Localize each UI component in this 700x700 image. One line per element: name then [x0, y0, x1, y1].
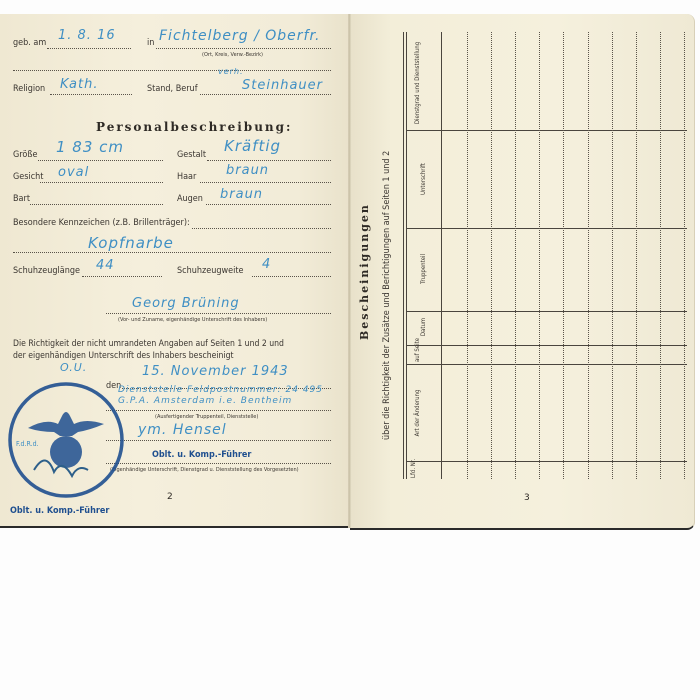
special-marks-label: Besondere Kennzeichen (z.B. Brillenträge…	[13, 218, 190, 228]
table-row-line	[660, 32, 661, 479]
shoe-width-label: Schuhzeugweite	[177, 266, 244, 276]
table-divider-2	[407, 228, 687, 229]
face-value: oval	[58, 165, 89, 180]
build-label: Gestalt	[177, 150, 206, 160]
column-header-unterschrift: Unterschrift	[420, 132, 428, 226]
status-value: verh.	[218, 67, 244, 76]
stamp-side-text: F.d.R.d.	[16, 440, 39, 448]
religion-label: Religion	[13, 84, 45, 94]
officer-signature-line	[106, 440, 331, 441]
table-header-separator	[441, 32, 442, 479]
table-divider-1	[407, 130, 687, 131]
page-number-right: 3	[524, 493, 530, 503]
table-row-line	[612, 32, 613, 479]
face-label: Gesicht	[13, 172, 44, 182]
table-double-line-inner	[406, 32, 407, 479]
officer-signature-caption: (Eigenhändige Unterschrift, Dienstgrad u…	[110, 467, 299, 473]
column-header-dienstgrad: Dienstgrad und Dienststellung	[414, 38, 422, 128]
birth-date-line	[47, 48, 131, 49]
birth-place-label: in	[147, 38, 154, 48]
column-header-auf-seite: auf Seite	[414, 345, 422, 362]
issue-date-value: 15. November 1943	[142, 364, 289, 379]
hair-value: braun	[226, 163, 269, 178]
birth-place-hint: (Ort, Kreis, Verw.-Bezirk)	[202, 52, 263, 58]
eyes-line	[206, 204, 331, 205]
issue-unit-caption: (Ausfertigender Truppenteil, Dienststell…	[155, 414, 258, 420]
hair-line	[200, 182, 331, 183]
certification-text-line-2: der eigenhändigen Unterschrift des Inhab…	[13, 351, 234, 361]
height-line	[38, 160, 163, 161]
officer-caption-line	[106, 463, 331, 464]
stamp-title-below: Oblt. u. Komp.-Führer	[10, 506, 109, 516]
religion-line	[50, 94, 132, 95]
height-label: Größe	[13, 150, 37, 160]
column-header-lfd-nr: Lfd. Nr.	[410, 461, 418, 478]
table-row-line	[563, 32, 564, 479]
personal-description-heading: Personalbeschreibung:	[96, 120, 292, 134]
table-row-line	[588, 32, 589, 479]
build-line	[207, 160, 331, 161]
table-row-line	[636, 32, 637, 479]
holder-signature-caption: (Vor- und Zuname, eigenhändige Unterschr…	[118, 317, 267, 323]
issue-unit-line-1: Dienststelle Feldpostnummer: 24 495	[118, 385, 323, 395]
table-divider-6	[407, 461, 687, 462]
table-double-line-outer	[403, 32, 404, 479]
page-number-left: 2	[167, 492, 173, 502]
special-marks-value: Kopfnarbe	[88, 234, 174, 252]
birth-place-line	[156, 48, 331, 49]
column-header-art-der-aenderung: Art der Änderung	[414, 368, 422, 458]
build-value: Kräftig	[224, 137, 281, 155]
table-divider-5	[407, 364, 687, 365]
shoe-width-line	[252, 276, 331, 277]
special-marks-line	[192, 228, 331, 229]
officer-title-stamp: Oblt. u. Komp.-Führer	[152, 450, 251, 460]
beard-line	[30, 204, 163, 205]
table-row-line	[515, 32, 516, 479]
issue-unit-line	[106, 410, 331, 411]
hair-label: Haar	[177, 172, 196, 182]
table-divider-4	[407, 345, 687, 346]
table-divider-3	[407, 311, 687, 312]
religion-value: Kath.	[60, 77, 99, 92]
holder-signature: Georg Brüning	[132, 296, 240, 311]
certifications-title: Bescheinigungen	[358, 203, 371, 340]
issue-place: O.U.	[60, 361, 87, 374]
birth-place-value: Fichtelberg / Oberfr.	[159, 28, 320, 44]
column-header-truppenteil: Truppenteil	[420, 230, 428, 308]
column-header-datum: Datum	[420, 311, 428, 343]
special-marks-line-2	[13, 252, 331, 253]
officer-signature: ym. Hensel	[138, 422, 227, 438]
height-value: 1 83 cm	[56, 138, 124, 156]
birth-date-value: 1. 8. 16	[58, 28, 116, 43]
profession-value: Steinhauer	[242, 78, 323, 93]
table-row-line	[467, 32, 468, 479]
shoe-length-line	[82, 276, 162, 277]
eyes-value: braun	[220, 187, 263, 202]
right-page	[350, 14, 695, 530]
shoe-length-value: 44	[96, 258, 115, 273]
shoe-length-label: Schuhzeuglänge	[13, 266, 80, 276]
table-row-line	[539, 32, 540, 479]
status-profession-line	[200, 94, 331, 95]
face-line	[40, 182, 163, 183]
blank-line	[13, 70, 331, 71]
table-row-line	[684, 32, 685, 479]
status-profession-label: Stand, Beruf	[147, 84, 198, 94]
holder-signature-line	[106, 313, 331, 314]
shoe-width-value: 4	[262, 257, 271, 272]
eyes-label: Augen	[177, 194, 203, 204]
book-spine	[348, 14, 351, 528]
issue-unit-line-2: G.P.A. Amsterdam i.e. Bentheim	[118, 396, 292, 406]
birth-date-label: geb. am	[13, 38, 46, 48]
certifications-subtitle: über die Richtigkeit der Zusätze und Ber…	[382, 151, 392, 440]
table-row-line	[491, 32, 492, 479]
certification-text-line-1: Die Richtigkeit der nicht umrandeten Ang…	[13, 339, 284, 349]
beard-label: Bart	[13, 194, 30, 204]
